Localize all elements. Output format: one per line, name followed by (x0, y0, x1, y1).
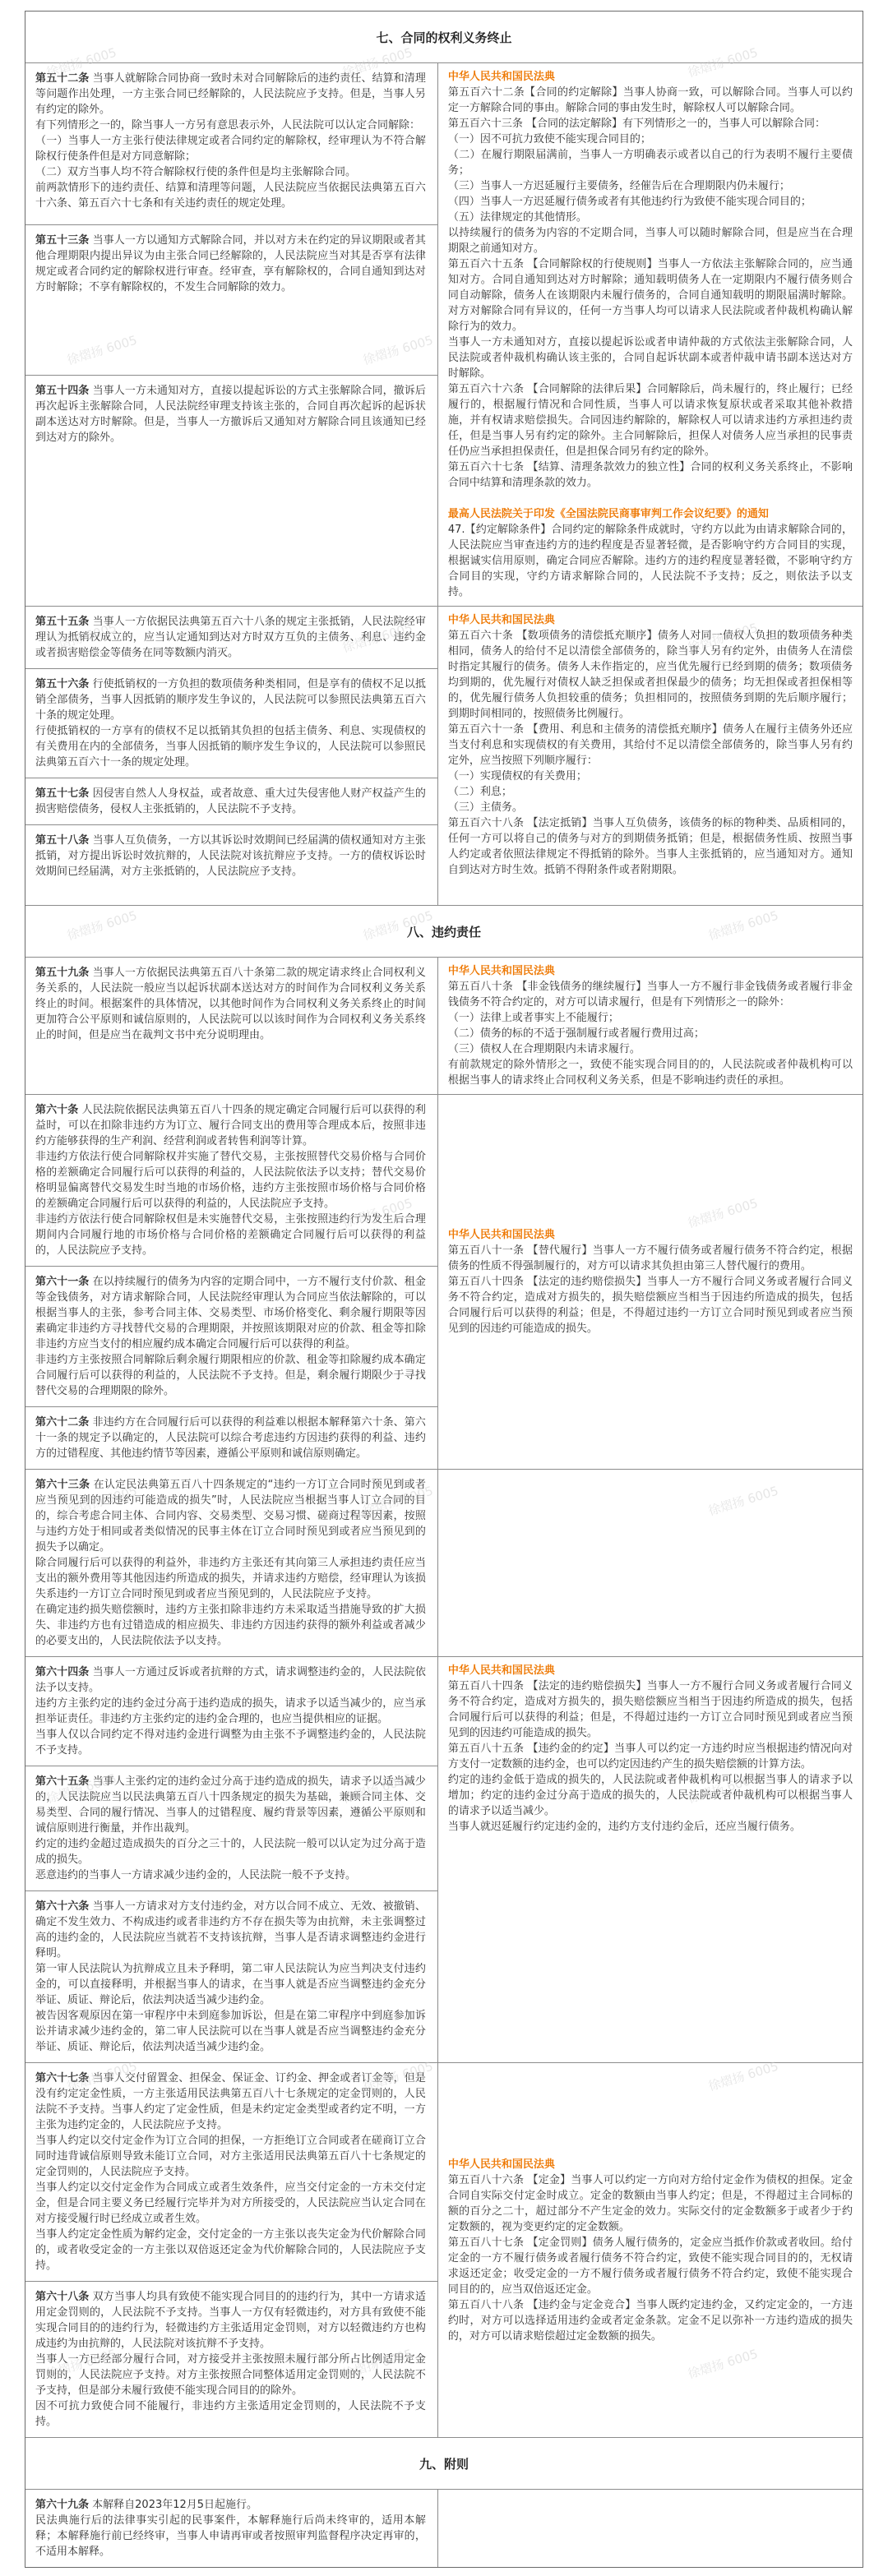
article-number: 第五十四条 (35, 385, 89, 397)
article-paragraph: 非违约方主张按照合同解除后剩余履行期限相应的价款、租金等扣除履约成本确定合同履行… (35, 1352, 426, 1399)
reference-paragraph: 第五百六十六条 【合同解除的法律后果】合同解除后，尚未履行的，终止履行；已经履行… (448, 381, 853, 459)
article-number: 第五十七条 (35, 787, 89, 800)
article-paragraph: 除合同履行后可以获得的利益外，非违约方主张还有其向第三人承担违约责任应当支出的额… (35, 1555, 426, 1602)
article-number: 第五十三条 (35, 234, 89, 247)
reference-paragraph: （三）主债务。 (448, 800, 853, 815)
reference-paragraph: 第五百八十四条 【法定的违约赔偿损失】当事人一方不履行合同义务或者履行合同义务不… (448, 1678, 853, 1741)
table-group-row: 第五十二条 当事人就解除合同协商一致时未对合同解除后的违约责任、结算和清理等问题… (25, 62, 863, 606)
reference-paragraph: （二）利息； (448, 784, 853, 800)
article-paragraph: 第一审人民法院认为抗辩成立且未予释明，第二审人民法院认为应当判决支付违约金的，可… (35, 1961, 426, 2008)
document-page: 徐熠扬 6005徐熠扬 6005徐熠扬 6005徐熠扬 6005徐熠扬 6005… (0, 0, 888, 2576)
reference-paragraph: （二）在履行期限届满前，当事人一方明确表示或者以自己的行为表明不履行主要债务； (448, 147, 853, 178)
article-paragraph: 被告因客观原因在第一审程序中未到庭参加诉讼，但是在第二审程序中到庭参加诉讼并请求… (35, 2008, 426, 2055)
article-number: 第五十六条 (35, 678, 89, 690)
article-paragraph: 恶意违约的当事人一方请求减少违约金的，人民法院一般不予支持。 (35, 1867, 426, 1883)
article-paragraph: 当事人约定以交付定金作为合同成立或者生效条件，应当交付定金的一方未交付定金，但是… (35, 2180, 426, 2227)
reference-block: 中华人民共和国民法典第五百八十六条 【定金】当事人可以约定一方向对方给付定金作为… (448, 2157, 853, 2344)
interpretation-column: 第六十九条 本解释自2023年12月5日起施行。民法典施行后的法律事实引起的民事… (25, 2490, 438, 2567)
reference-paragraph: 47.【约定解除条件】合同约定的解除条件成就时，守约方以此为由请求解除合同的，人… (448, 522, 853, 600)
article-cell: 第五十三条 当事人一方以通知方式解除合同，并以对方未在约定的异议期限或者其他合理… (25, 224, 437, 375)
reference-source-title: 中华人民共和国民法典 (448, 2157, 853, 2172)
reference-block: 中华人民共和国民法典第五百八十一条 【替代履行】当事人一方不履行债务或者履行债务… (448, 1227, 853, 1336)
article-paragraph: 第五十五条 当事人一方依据民法典第五百六十八条的规定主张抵销，人民法院经审理认为… (35, 614, 426, 661)
article-paragraph: 第六十一条 在以持续履行的债务为内容的定期合同中，一方不履行支付价款、租金等金钱… (35, 1274, 426, 1352)
interpretation-column: 第五十二条 当事人就解除合同协商一致时未对合同解除后的违约责任、结算和清理等问题… (25, 63, 438, 606)
article-paragraph: 第六十六条 当事人一方请求对方支付违约金，对方以合同不成立、无效、被撤销、确定不… (35, 1899, 426, 1961)
article-text: 人民法院依据民法典第五百八十四条的规定确定合同履行后可以获得的利益时，可以在扣除… (35, 1104, 426, 1147)
article-paragraph: 当事人约定定金性质为解约定金，交付定金的一方主张以丧失定金为代价解除合同的，或者… (35, 2227, 426, 2274)
table-group-row: 第五十五条 当事人一方依据民法典第五百六十八条的规定主张抵销，人民法院经审理认为… (25, 606, 863, 905)
article-number: 第六十三条 (35, 1479, 90, 1491)
reference-paragraph: （一）法律上或者事实上不能履行； (448, 1010, 853, 1026)
article-cell: 第六十三条 在认定民法典第五百八十四条规定的“违约一方订立合同时预见到或者应当预… (25, 1470, 437, 1656)
article-text: 当事人互负债务，一方以其诉讼时效期间已经届满的债权通知对方主张抵销，对方提出诉讼… (35, 834, 426, 878)
table-group-row: 第六十条 人民法院依据民法典第五百八十四条的规定确定合同履行后可以获得的利益时，… (25, 1094, 863, 1469)
reference-paragraph: 第五百六十五条 【合同解除权的行使规则】当事人一方依法主张解除合同的，应当通知对… (448, 256, 853, 335)
reference-paragraph: 第五百八十六条 【定金】当事人可以约定一方向对方给付定金作为债权的担保。定金合同… (448, 2172, 853, 2235)
article-paragraph: 第六十三条 在认定民法典第五百八十四条规定的“违约一方订立合同时预见到或者应当预… (35, 1477, 426, 1555)
article-paragraph: 民法典施行后的法律事实引起的民事案件，本解释施行后尚未终审的，适用本解释；本解释… (35, 2513, 426, 2560)
article-paragraph: 非违约方依法行使合同解除权但是未实施替代交易，主张按照违约行为发生后合理期间内合… (35, 1212, 426, 1258)
article-text: 当事人一方依据民法典第五百八十条第二款的规定请求终止合同权利义务关系的，人民法院… (35, 967, 426, 1041)
article-text: 在认定民法典第五百八十四条规定的“违约一方订立合同时预见到或者应当预见到的因违约… (35, 1479, 426, 1553)
reference-cell: 中华人民共和国民法典第五百六十条 【数项债务的清偿抵充顺序】债务人对同一债权人负… (438, 607, 863, 905)
article-paragraph: 第五十八条 当事人互负债务，一方以其诉讼时效期间已经届满的债权通知对方主张抵销，… (35, 833, 426, 879)
article-text: 当事人就解除合同协商一致时未对合同解除后的违约责任、结算和清理等问题作出处理，一… (35, 72, 426, 116)
section-title: 九、附则 (419, 2455, 469, 2472)
reference-paragraph: 当事人就迟延履行约定违约金的，违约方支付违约金后，还应当履行债务。 (448, 1819, 853, 1835)
reference-block: 最高人民法院关于印发《全国法院民商事审判工作会议纪要》的通知47.【约定解除条件… (448, 506, 853, 600)
reference-paragraph: 第五百六十七条 【结算、清理条款效力的独立性】合同的权利义务关系终止，不影响合同… (448, 459, 853, 491)
section-title: 七、合同的权利义务终止 (376, 29, 511, 46)
article-number: 第六十一条 (35, 1276, 89, 1288)
article-cell: 第五十四条 当事人一方未通知对方，直接以提起诉讼的方式主张解除合同，撤诉后再次起… (25, 375, 437, 606)
article-number: 第五十五条 (35, 616, 89, 628)
article-cell: 第五十九条 当事人一方依据民法典第五百八十条第二款的规定请求终止合同权利义务关系… (25, 958, 437, 1094)
article-text: 非违约方在合同履行后可以获得的利益难以根据本解释第六十条、第六十一条的规定予以确… (35, 1416, 426, 1460)
section-header-row: 九、附则 (25, 2437, 863, 2489)
section-title: 八、违约责任 (407, 923, 481, 940)
reference-paragraph: 第五百八十五条 【违约金的约定】当事人可以约定一方违约时应当根据违约情况向对方支… (448, 1741, 853, 1772)
reference-paragraph: 第五百八十八条 【违约金与定金竞合】当事人既约定违约金，又约定定金的，一方违约时… (448, 2297, 853, 2344)
article-text: 因侵害自然人人身权益，或者故意、重大过失侵害他人财产权益产生的损害赔偿债务，侵权… (35, 787, 426, 815)
reference-paragraph: 第五百八十一条 【替代履行】当事人一方不履行债务或者履行债务不符合约定，根据债务… (448, 1243, 853, 1274)
reference-paragraph: 第五百八十四条 【法定的违约赔偿损失】当事人一方不履行合同义务或者履行合同义务不… (448, 1274, 853, 1336)
article-cell: 第六十四条 当事人一方通过反诉或者抗辩的方式，请求调整违约金的，人民法院依法予以… (25, 1657, 437, 1766)
article-paragraph: 约定的违约金超过造成损失的百分之三十的，人民法院一般可以认定为过分高于造成的损失… (35, 1836, 426, 1867)
reference-cell: 中华人民共和国民法典第五百八十条 【非金钱债务的继续履行】当事人一方不履行非金钱… (438, 958, 863, 1094)
interpretation-column: 第五十五条 当事人一方依据民法典第五百六十八条的规定主张抵销，人民法院经审理认为… (25, 607, 438, 905)
article-text: 当事人主张约定的违约金过分高于违约造成的损失，请求予以适当减少的，人民法院应当以… (35, 1775, 426, 1835)
reference-paragraph: （五）法律规定的其他情形。 (448, 210, 853, 225)
reference-paragraph: 第五百六十一条 【费用、利息和主债务的清偿抵充顺序】债务人在履行主债务外还应当支… (448, 722, 853, 769)
reference-paragraph: 有前款规定的除外情形之一，致使不能实现合同目的的，人民法院或者仲裁机构可以根据当… (448, 1057, 853, 1088)
article-cell: 第六十二条 非违约方在合同履行后可以获得的利益难以根据本解释第六十条、第六十一条… (25, 1406, 437, 1469)
article-paragraph: 第六十九条 本解释自2023年12月5日起施行。 (35, 2497, 426, 2513)
article-paragraph: 违约方主张约定的违约金过分高于违约造成的损失，请求予以适当减少的，应当承担举证责… (35, 1696, 426, 1727)
reference-cell (438, 2490, 863, 2567)
reference-paragraph: （三）当事人一方迟延履行主要债务，经催告后在合理期限内仍未履行； (448, 178, 853, 194)
article-paragraph: 行使抵销权的一方享有的债权不足以抵销其负担的包括主债务、利息、实现债权的有关费用… (35, 723, 426, 770)
article-cell: 第六十七条 当事人交付留置金、担保金、保证金、订约金、押金或者订金等，但是没有约… (25, 2063, 437, 2281)
section-header-row: 七、合同的权利义务终止 (25, 12, 863, 62)
article-cell: 第五十五条 当事人一方依据民法典第五百六十八条的规定主张抵销，人民法院经审理认为… (25, 607, 437, 668)
article-cell: 第六十九条 本解释自2023年12月5日起施行。民法典施行后的法律事实引起的民事… (25, 2490, 437, 2567)
article-number: 第六十九条 (35, 2499, 89, 2511)
reference-cell: 中华人民共和国民法典第五百八十六条 【定金】当事人可以约定一方向对方给付定金作为… (438, 2063, 863, 2437)
reference-block: 中华人民共和国民法典第五百八十四条 【法定的违约赔偿损失】当事人一方不履行合同义… (448, 1663, 853, 1835)
reference-source-title: 中华人民共和国民法典 (448, 1227, 853, 1243)
reference-paragraph: 第五百八十七条 【定金罚则】债务人履行债务的，定金应当抵作价款或者收回。给付定金… (448, 2235, 853, 2297)
reference-source-title: 中华人民共和国民法典 (448, 1663, 853, 1678)
article-number: 第六十七条 (35, 2072, 89, 2084)
article-paragraph: 第六十七条 当事人交付留置金、担保金、保证金、订约金、押金或者订金等，但是没有约… (35, 2070, 426, 2133)
article-number: 第六十四条 (35, 1666, 89, 1678)
reference-paragraph: 第五百八十条 【非金钱债务的继续履行】当事人一方不履行非金钱债务或者履行非金钱债… (448, 979, 853, 1010)
article-paragraph: 第五十三条 当事人一方以通知方式解除合同，并以对方未在约定的异议期限或者其他合理… (35, 233, 426, 295)
article-text: 当事人一方以通知方式解除合同，并以对方未在约定的异议期限或者其他合理期限内提出异… (35, 234, 426, 293)
table-group-row: 第五十九条 当事人一方依据民法典第五百八十条第二款的规定请求终止合同权利义务关系… (25, 957, 863, 1094)
article-number: 第六十条 (35, 1104, 78, 1116)
article-cell: 第六十一条 在以持续履行的债务为内容的定期合同中，一方不履行支付价款、租金等金钱… (25, 1266, 437, 1406)
interpretation-column: 第六十四条 当事人一方通过反诉或者抗辩的方式，请求调整违约金的，人民法院依法予以… (25, 1657, 438, 2062)
article-paragraph: 第五十七条 因侵害自然人人身权益，或者故意、重大过失侵害他人财产权益产生的损害赔… (35, 786, 426, 817)
article-text: 当事人一方未通知对方，直接以提起诉讼的方式主张解除合同，撤诉后再次起诉主张解除合… (35, 385, 426, 444)
article-paragraph: 前两款情形下的违约责任、结算和清理等问题，人民法院应当依据民法典第五百六十六条、… (35, 180, 426, 211)
table-group-row: 第六十四条 当事人一方通过反诉或者抗辩的方式，请求调整违约金的，人民法院依法予以… (25, 1656, 863, 2062)
table-group-row: 第六十九条 本解释自2023年12月5日起施行。民法典施行后的法律事实引起的民事… (25, 2489, 863, 2567)
interpretation-column: 第六十三条 在认定民法典第五百八十四条规定的“违约一方订立合同时预见到或者应当预… (25, 1470, 438, 1656)
reference-cell: 中华人民共和国民法典第五百八十一条 【替代履行】当事人一方不履行债务或者履行债务… (438, 1095, 863, 1469)
article-number: 第五十九条 (35, 967, 89, 979)
article-text: 在以持续履行的债务为内容的定期合同中，一方不履行支付价款、租金等金钱债务，对方请… (35, 1276, 426, 1350)
article-paragraph: 当事人约定以交付定金作为订立合同的担保，一方拒绝订立合同或者在磋商订立合同时违背… (35, 2133, 426, 2180)
reference-source-title: 中华人民共和国民法典 (448, 69, 853, 85)
article-paragraph: 第五十二条 当事人就解除合同协商一致时未对合同解除后的违约责任、结算和清理等问题… (35, 71, 426, 118)
article-text: 本解释自2023年12月5日起施行。 (92, 2499, 257, 2511)
law-table: 七、合同的权利义务终止第五十二条 当事人就解除合同协商一致时未对合同解除后的违约… (25, 11, 863, 2568)
article-cell: 第六十六条 当事人一方请求对方支付违约金，对方以合同不成立、无效、被撤销、确定不… (25, 1890, 437, 2062)
reference-paragraph: （一）实现债权的有关费用； (448, 769, 853, 784)
article-paragraph: 第五十九条 当事人一方依据民法典第五百八十条第二款的规定请求终止合同权利义务关系… (35, 965, 426, 1043)
article-text: 当事人一方请求对方支付违约金，对方以合同不成立、无效、被撤销、确定不发生效力、不… (35, 1900, 426, 1960)
article-cell: 第六十五条 当事人主张约定的违约金过分高于违约造成的损失，请求予以适当减少的，人… (25, 1766, 437, 1890)
article-paragraph: （二）双方当事人均不符合解除权行使的条件但是均主张解除合同。 (35, 164, 426, 180)
reference-cell: 中华人民共和国民法典第五百六十二条【合同的约定解除】当事人协商一致，可以解除合同… (438, 63, 863, 606)
reference-paragraph: （一）因不可抗力致使不能实现合同目的； (448, 132, 853, 147)
article-paragraph: 第六十条 人民法院依据民法典第五百八十四条的规定确定合同履行后可以获得的利益时，… (35, 1102, 426, 1149)
reference-paragraph: （三）债权人在合理期限内未请求履行。 (448, 1041, 853, 1057)
article-paragraph: 第五十四条 当事人一方未通知对方，直接以提起诉讼的方式主张解除合同，撤诉后再次起… (35, 383, 426, 445)
article-paragraph: 在确定违约损失赔偿额时，违约方主张扣除非违约方未采取适当措施导致的扩大损失、非违… (35, 1602, 426, 1649)
reference-cell (438, 1470, 863, 1656)
article-cell: 第五十六条 行使抵销权的一方负担的数项债务种类相同，但是享有的债权不足以抵销全部… (25, 668, 437, 778)
reference-paragraph: 约定的违约金低于造成的损失的，人民法院或者仲裁机构可以根据当事人的请求予以增加；… (448, 1772, 853, 1819)
article-paragraph: 有下列情形之一的，除当事人一方另有意思表示外，人民法院可以认定合同解除： (35, 118, 426, 133)
article-paragraph: 第六十二条 非违约方在合同履行后可以获得的利益难以根据本解释第六十条、第六十一条… (35, 1415, 426, 1461)
article-text: 行使抵销权的一方负担的数项债务种类相同，但是享有的债权不足以抵销全部债务，当事人… (35, 678, 426, 722)
reference-paragraph: 第五百六十二条【合同的约定解除】当事人协商一致，可以解除合同。当事人可以约定一方… (448, 85, 853, 116)
article-cell: 第五十二条 当事人就解除合同协商一致时未对合同解除后的违约责任、结算和清理等问题… (25, 63, 437, 224)
reference-paragraph: （二）债务的标的不适于强制履行或者履行费用过高； (448, 1026, 853, 1041)
interpretation-column: 第五十九条 当事人一方依据民法典第五百八十条第二款的规定请求终止合同权利义务关系… (25, 958, 438, 1094)
reference-source-title: 最高人民法院关于印发《全国法院民商事审判工作会议纪要》的通知 (448, 506, 853, 522)
article-cell: 第五十八条 当事人互负债务，一方以其诉讼时效期间已经届满的债权通知对方主张抵销，… (25, 824, 437, 905)
article-paragraph: 非违约方依法行使合同解除权并实施了替代交易，主张按照替代交易价格与合同价格的差额… (35, 1149, 426, 1212)
table-group-row: 第六十七条 当事人交付留置金、担保金、保证金、订约金、押金或者订金等，但是没有约… (25, 2062, 863, 2437)
article-text: 当事人一方通过反诉或者抗辩的方式，请求调整违约金的，人民法院依法予以支持。 (35, 1666, 426, 1694)
article-number: 第五十八条 (35, 834, 89, 847)
article-number: 第六十八条 (35, 2291, 89, 2303)
article-paragraph: 第六十四条 当事人一方通过反诉或者抗辩的方式，请求调整违约金的，人民法院依法予以… (35, 1664, 426, 1696)
reference-cell: 中华人民共和国民法典第五百八十四条 【法定的违约赔偿损失】当事人一方不履行合同义… (438, 1657, 863, 2062)
article-text: 当事人一方依据民法典第五百六十八条的规定主张抵销，人民法院经审理认为抵销权成立的… (35, 616, 426, 659)
reference-paragraph: 第五百六十八条 【法定抵销】当事人互负债务，该债务的标的物种类、品质相同的，任何… (448, 815, 853, 878)
section-header-row: 八、违约责任 (25, 905, 863, 957)
reference-paragraph: （四）当事人一方迟延履行债务或者有其他违约行为致使不能实现合同目的； (448, 194, 853, 210)
article-paragraph: （一）当事人一方主张行使法律规定或者合同约定的解除权，经审理认为不符合解除权行使… (35, 133, 426, 164)
reference-block: 中华人民共和国民法典第五百六十条 【数项债务的清偿抵充顺序】债务人对同一债权人负… (448, 612, 853, 878)
article-number: 第六十五条 (35, 1775, 89, 1788)
article-number: 第六十二条 (35, 1416, 89, 1429)
reference-paragraph: 第五百六十三条 【合同的法定解除】有下列情形之一的，当事人可以解除合同： (448, 116, 853, 132)
article-paragraph: 当事人一方已经部分履行合同，对方接受并主张按照未履行部分所占比例适用定金罚则的，… (35, 2352, 426, 2398)
reference-block: 中华人民共和国民法典第五百八十条 【非金钱债务的继续履行】当事人一方不履行非金钱… (448, 963, 853, 1088)
reference-paragraph: 第五百六十条 【数项债务的清偿抵充顺序】债务人对同一债权人负担的数项债务种类相同… (448, 628, 853, 722)
table-group-row: 第六十三条 在认定民法典第五百八十四条规定的“违约一方订立合同时预见到或者应当预… (25, 1469, 863, 1656)
article-cell: 第六十八条 双方当事人均具有致使不能实现合同目的的违约行为，其中一方请求适用定金… (25, 2281, 437, 2437)
article-paragraph: 第五十六条 行使抵销权的一方负担的数项债务种类相同，但是享有的债权不足以抵销全部… (35, 676, 426, 723)
article-paragraph: 当事人仅以合同约定不得对违约金进行调整为由主张不予调整违约金的，人民法院不予支持… (35, 1727, 426, 1758)
reference-paragraph: 以持续履行的债务为内容的不定期合同，当事人可以随时解除合同，但是应当在合理期限之… (448, 225, 853, 256)
article-text: 当事人交付留置金、担保金、保证金、订约金、押金或者订金等，但是没有约定定金性质，… (35, 2072, 426, 2131)
article-cell: 第六十条 人民法院依据民法典第五百八十四条的规定确定合同履行后可以获得的利益时，… (25, 1095, 437, 1266)
article-paragraph: 因不可抗力致使合同不能履行，非违约方主张适用定金罚则的，人民法院不予支持。 (35, 2398, 426, 2430)
reference-block: 中华人民共和国民法典第五百六十二条【合同的约定解除】当事人协商一致，可以解除合同… (448, 69, 853, 491)
article-paragraph: 第六十八条 双方当事人均具有致使不能实现合同目的的违约行为，其中一方请求适用定金… (35, 2289, 426, 2352)
article-number: 第五十二条 (35, 72, 89, 85)
reference-paragraph: 当事人一方未通知对方，直接以提起诉讼或者申请仲裁的方式依法主张解除合同，人民法院… (448, 335, 853, 381)
interpretation-column: 第六十七条 当事人交付留置金、担保金、保证金、订约金、押金或者订金等，但是没有约… (25, 2063, 438, 2437)
article-text: 双方当事人均具有致使不能实现合同目的的违约行为，其中一方请求适用定金罚则的，人民… (35, 2291, 426, 2350)
article-number: 第六十六条 (35, 1900, 89, 1913)
reference-source-title: 中华人民共和国民法典 (448, 612, 853, 628)
article-cell: 第五十七条 因侵害自然人人身权益，或者故意、重大过失侵害他人财产权益产生的损害赔… (25, 778, 437, 824)
article-paragraph: 第六十五条 当事人主张约定的违约金过分高于违约造成的损失，请求予以适当减少的，人… (35, 1774, 426, 1836)
reference-source-title: 中华人民共和国民法典 (448, 963, 853, 979)
interpretation-column: 第六十条 人民法院依据民法典第五百八十四条的规定确定合同履行后可以获得的利益时，… (25, 1095, 438, 1469)
